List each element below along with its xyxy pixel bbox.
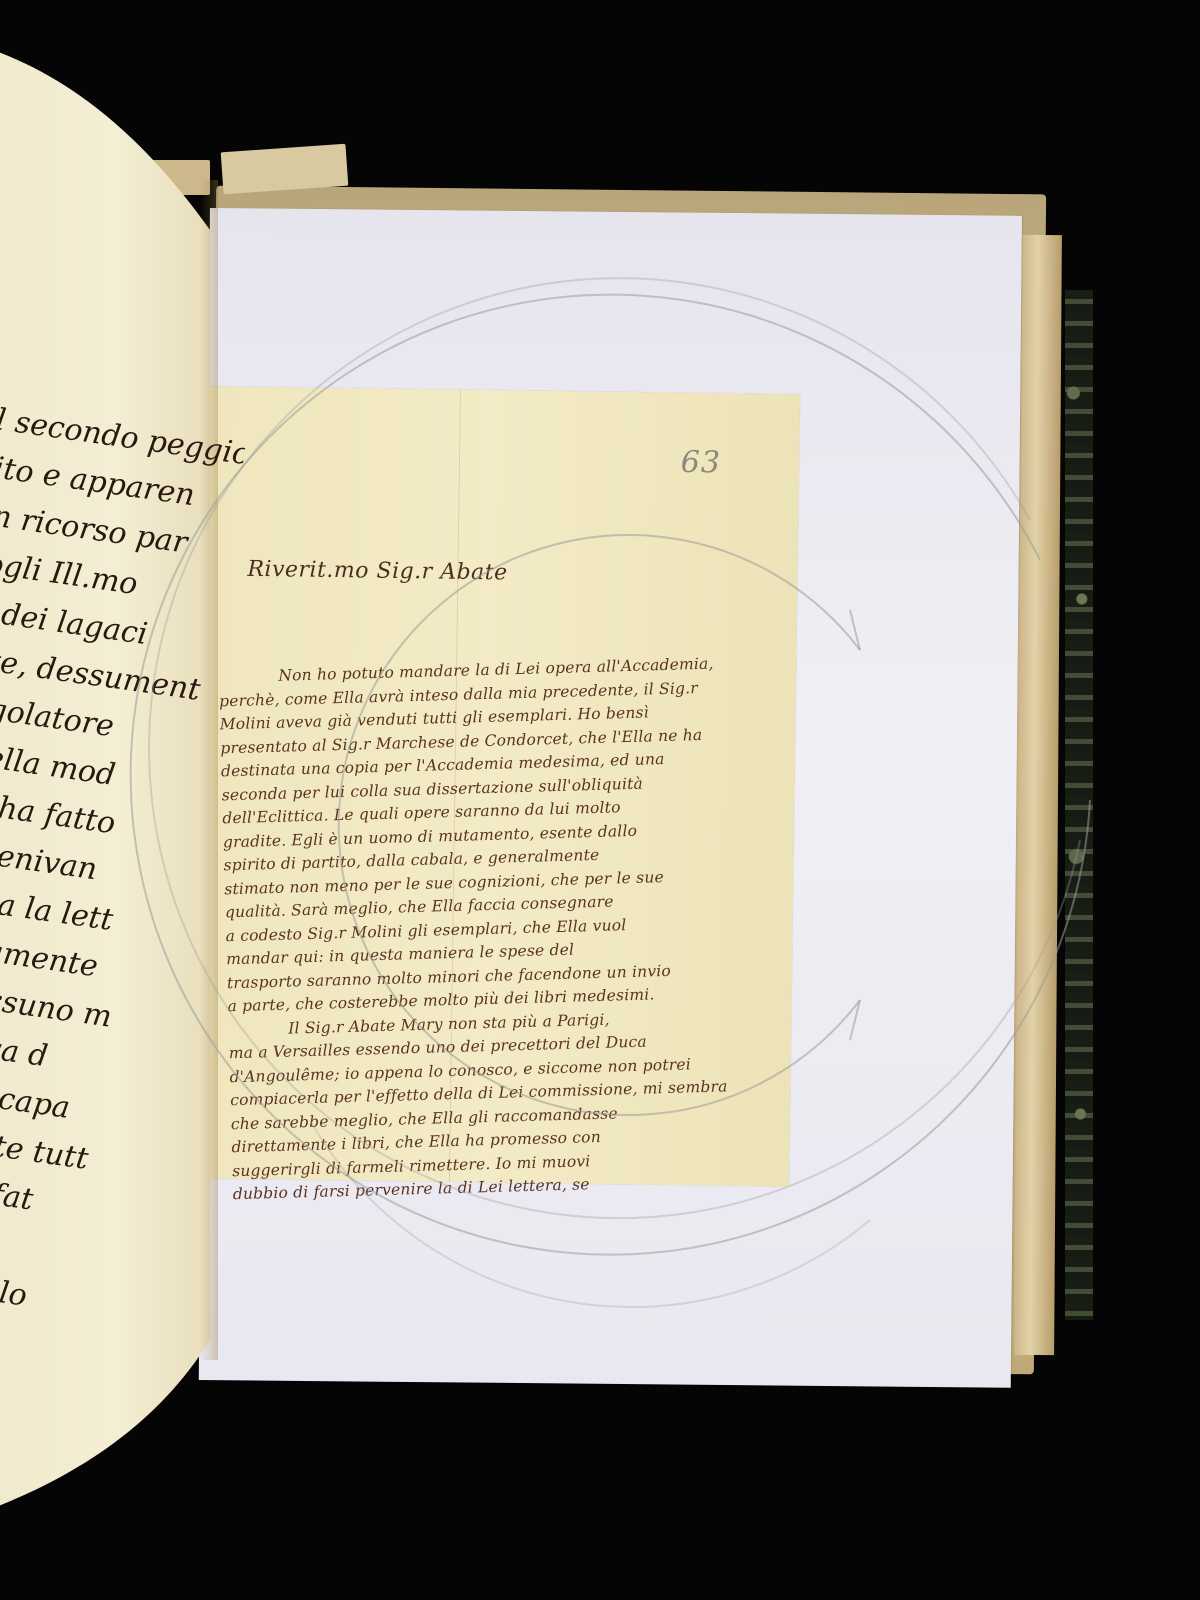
photograph: 63 Riverit.mo Sig.r Abate Non ho potuto … (0, 0, 1200, 1600)
marbled-cover-edge (1065, 290, 1093, 1320)
gutter-shadow (200, 180, 218, 1360)
torn-paper-scrap (221, 144, 349, 195)
folio-number: 63 (681, 445, 722, 481)
letter-salutation: Riverit.mo Sig.r Abate (247, 557, 508, 586)
letter-body: Non ho potuto mandare la di Lei opera al… (218, 651, 793, 1207)
manuscript-letter: 63 Riverit.mo Sig.r Abate Non ho potuto … (179, 386, 800, 1186)
book-fore-edge (1014, 235, 1062, 1355)
